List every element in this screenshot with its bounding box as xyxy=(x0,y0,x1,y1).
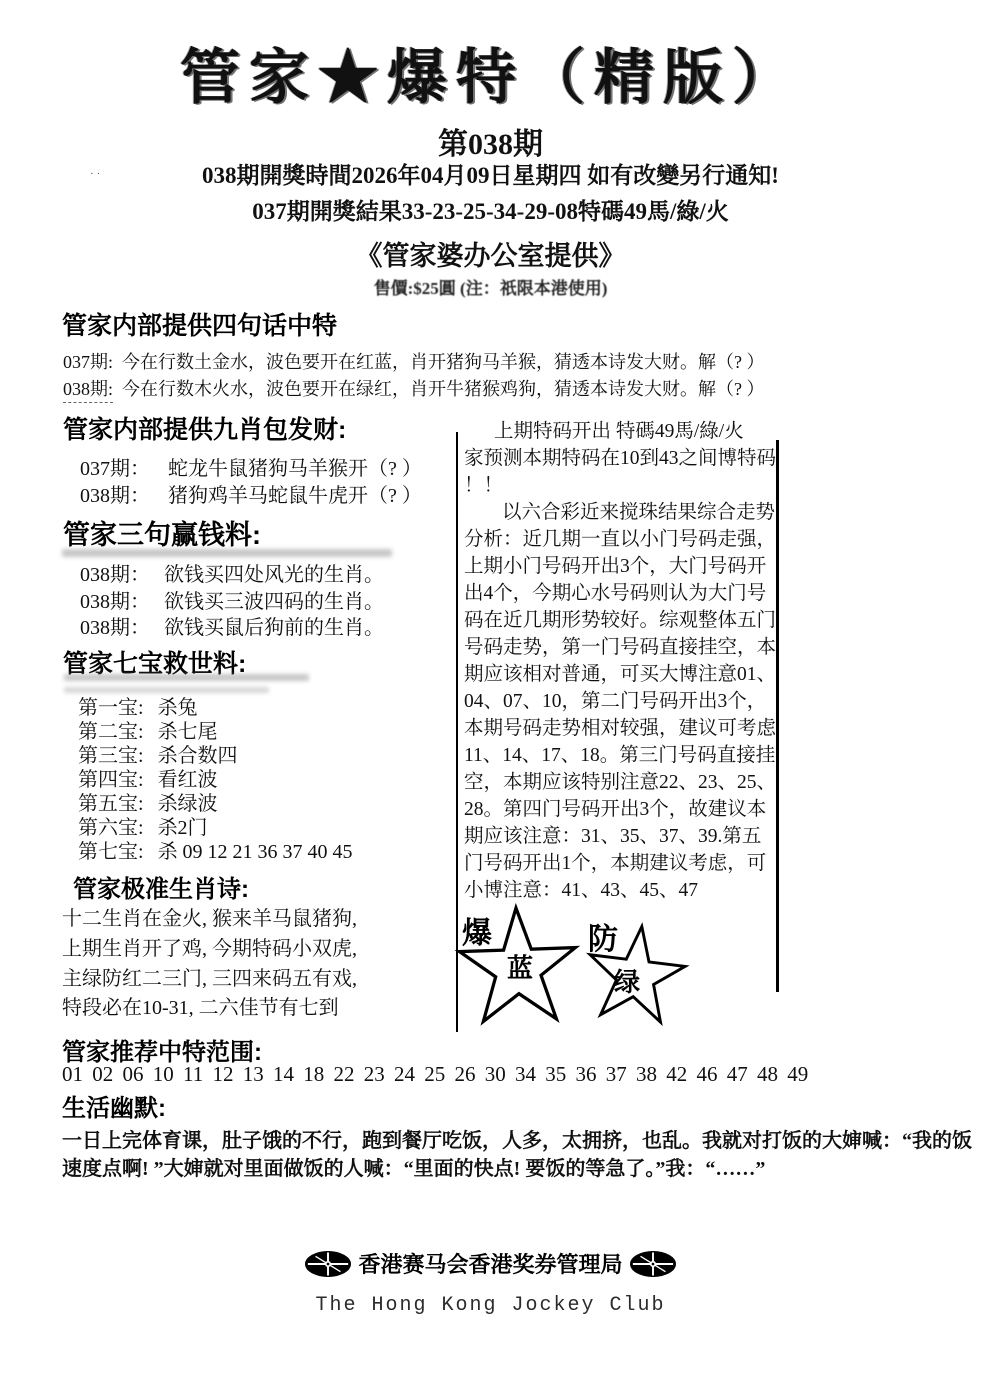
row-text: 杀 09 12 21 36 37 40 45 xyxy=(158,835,353,864)
analysis-line: 11、14、17、18。第三门号码直接挂 xyxy=(464,742,774,769)
page-title-wrap: 管家★爆特（精版） xyxy=(0,30,981,116)
poem-line: 上期生肖开了鸡, 今期特码小双虎, xyxy=(62,932,357,961)
footer-org-row: 香港赛马会香港奖券管理局 xyxy=(0,1248,981,1279)
analysis-line: 出4个，今期心水号码则认为大门号 xyxy=(464,580,774,607)
analysis-line: 小博注意：41、43、45、47 xyxy=(464,877,774,904)
poem-line: 主绿防红二三门, 三四来码五有戏, xyxy=(62,962,357,991)
poem-line: 十二生肖在金火, 猴来羊马鼠猪狗, xyxy=(62,902,357,931)
analysis-line: ！！ xyxy=(464,472,774,499)
row-text: 今在行数土金水，波色要开在红蓝，肖开猪狗马羊猴，猜透本诗发大财。解（? ） xyxy=(122,348,765,374)
section-heading-nine-zodiac: 管家内部提供九肖包发财: xyxy=(63,410,346,446)
jockey-club-logo-icon xyxy=(629,1249,677,1279)
scan-smudge xyxy=(64,674,309,681)
row-label: 第七宝: xyxy=(78,835,144,864)
section-heading-zodiac-poem: 管家极准生肖诗: xyxy=(73,869,249,904)
scan-noise-dots: ·· xyxy=(90,168,103,180)
page-title: 管家★爆特（精版） xyxy=(180,45,801,111)
star-inner-label-right: 绿 xyxy=(614,962,640,999)
row-text: 欲钱买三波四码的生肖。 xyxy=(164,585,384,614)
three-sentence-row: 038期： 欲钱买鼠后狗前的生肖。 xyxy=(80,611,384,640)
analysis-line: 上期特码开出 特碼49馬/綠/火 xyxy=(464,418,774,445)
analysis-text: 上期特码开出 特碼49馬/綠/火 家预测本期特码在10到43之间博特码 ！！ 以… xyxy=(464,418,774,904)
row-label: 038期： xyxy=(80,479,150,508)
scan-smudge xyxy=(62,549,392,557)
last-result-line: 037期開獎結果33-23-25-34-29-08特碼49馬/綠/火 xyxy=(0,193,981,226)
scanned-lottery-sheet: 管家★爆特（精版） 第038期 038期開獎時間2026年04月09日星期四 如… xyxy=(0,0,981,1388)
footer-org-en: The Hong Kong Jockey Club xyxy=(0,1294,981,1317)
row-label: 037期： xyxy=(80,452,150,481)
jockey-club-logo-icon xyxy=(304,1249,352,1279)
analysis-line: 码在近几期形势较好。综观整体五门 xyxy=(464,607,774,634)
star-outer-label-left: 爆 xyxy=(462,908,492,952)
poem-line: 特段必在10-31, 二六佳节有七到 xyxy=(62,991,339,1020)
analysis-line: 04、07、10，第二门号码开出3个， xyxy=(464,688,774,715)
analysis-line: 期应该相对普通，可买大博注意01、 xyxy=(464,661,774,688)
analysis-line: 期应该注意：31、35、37、39.第五 xyxy=(464,823,774,850)
analysis-line: 空，本期应该特别注意22、23、25、 xyxy=(464,769,774,796)
analysis-line: 号码走势，第一门号码直接挂空，本 xyxy=(464,634,774,661)
four-sentence-row: 038期: 今在行数木火水，波色要开在绿红，肖开牛猪猴鸡狗，猜透本诗发大财。解（… xyxy=(63,375,765,403)
section-heading-four-sentence: 管家内部提供四句话中特 xyxy=(62,306,337,342)
recommend-numbers: 01 02 06 10 11 12 13 14 18 22 23 24 25 2… xyxy=(62,1062,808,1087)
row-text: 今在行数木火水，波色要开在绿红，肖开牛猪猴鸡狗，猜透本诗发大财。解（? ） xyxy=(122,375,765,401)
row-text: 欲钱买鼠后狗前的生肖。 xyxy=(164,611,384,640)
star-inner-label-left: 蓝 xyxy=(507,948,533,985)
three-sentence-row: 038期： 欲钱买三波四码的生肖。 xyxy=(80,585,384,614)
right-column-right-rule xyxy=(776,440,779,992)
row-label: 038期： xyxy=(80,611,150,640)
analysis-line: 家预测本期特码在10到43之间博特码 xyxy=(464,445,774,472)
row-label: 038期： xyxy=(80,585,150,614)
section-heading-humor: 生活幽默: xyxy=(62,1088,166,1123)
analysis-line: 以六合彩近来搅珠结果综合走势 xyxy=(464,499,774,526)
analysis-line: 门号码开出1个，本期建议考虑，可 xyxy=(464,850,774,877)
footer-org-cn: 香港赛马会香港奖券管理局 xyxy=(358,1248,622,1279)
row-text: 蛇龙牛鼠猪狗马羊猴开（? ） xyxy=(168,452,422,481)
price-line: 售價:$25圓 (注：祇限本港使用) xyxy=(0,274,981,299)
four-sentence-row: 037期: 今在行数土金水，波色要开在红蓝，肖开猪狗马羊猴，猜透本诗发大财。解（… xyxy=(63,348,765,374)
provider-line: 《管家婆办公室提供》 xyxy=(0,234,981,273)
nine-zodiac-row: 037期： 蛇龙牛鼠猪狗马羊猴开（? ） xyxy=(80,452,422,481)
analysis-line: 上期小门号码开出3个，大门号码开 xyxy=(464,553,774,580)
analysis-line: 本期号码走势相对较强，建议可考虑 xyxy=(464,715,774,742)
treasure-row: 第七宝: 杀 09 12 21 36 37 40 45 xyxy=(78,835,353,864)
analysis-line: 28。第四门号码开出3个，故建议本 xyxy=(464,796,774,823)
star-outer-label-right: 防 xyxy=(588,914,618,958)
row-text: 欲钱买四处风光的生肖。 xyxy=(164,558,384,587)
row-text: 猪狗鸡羊马蛇鼠牛虎开（? ） xyxy=(168,479,422,508)
humor-line: 速度点啊! ”大婶就对里面做饭的人喊：“里面的快点! 要饭的等急了。”我：“……… xyxy=(62,1152,765,1181)
row-label: 037期: xyxy=(63,348,113,374)
nine-zodiac-row: 038期： 猪狗鸡羊马蛇鼠牛虎开（? ） xyxy=(80,479,422,508)
humor-line: 一日上完体育课，肚子饿的不行，跑到餐厅吃饭，人多，太拥挤，也乱。我就对打饭的大婶… xyxy=(62,1124,972,1153)
row-label: 038期: xyxy=(63,375,113,403)
analysis-line: 分析：近几期一直以小门号码走强， xyxy=(464,526,774,553)
draw-time-line: 038期開獎時間2026年04月09日星期四 如有改變另行通知! xyxy=(0,157,981,190)
section-heading-three-sentence: 管家三句赢钱料: xyxy=(63,513,261,552)
three-sentence-row: 038期： 欲钱买四处风光的生肖。 xyxy=(80,558,384,587)
row-label: 038期： xyxy=(80,558,150,587)
